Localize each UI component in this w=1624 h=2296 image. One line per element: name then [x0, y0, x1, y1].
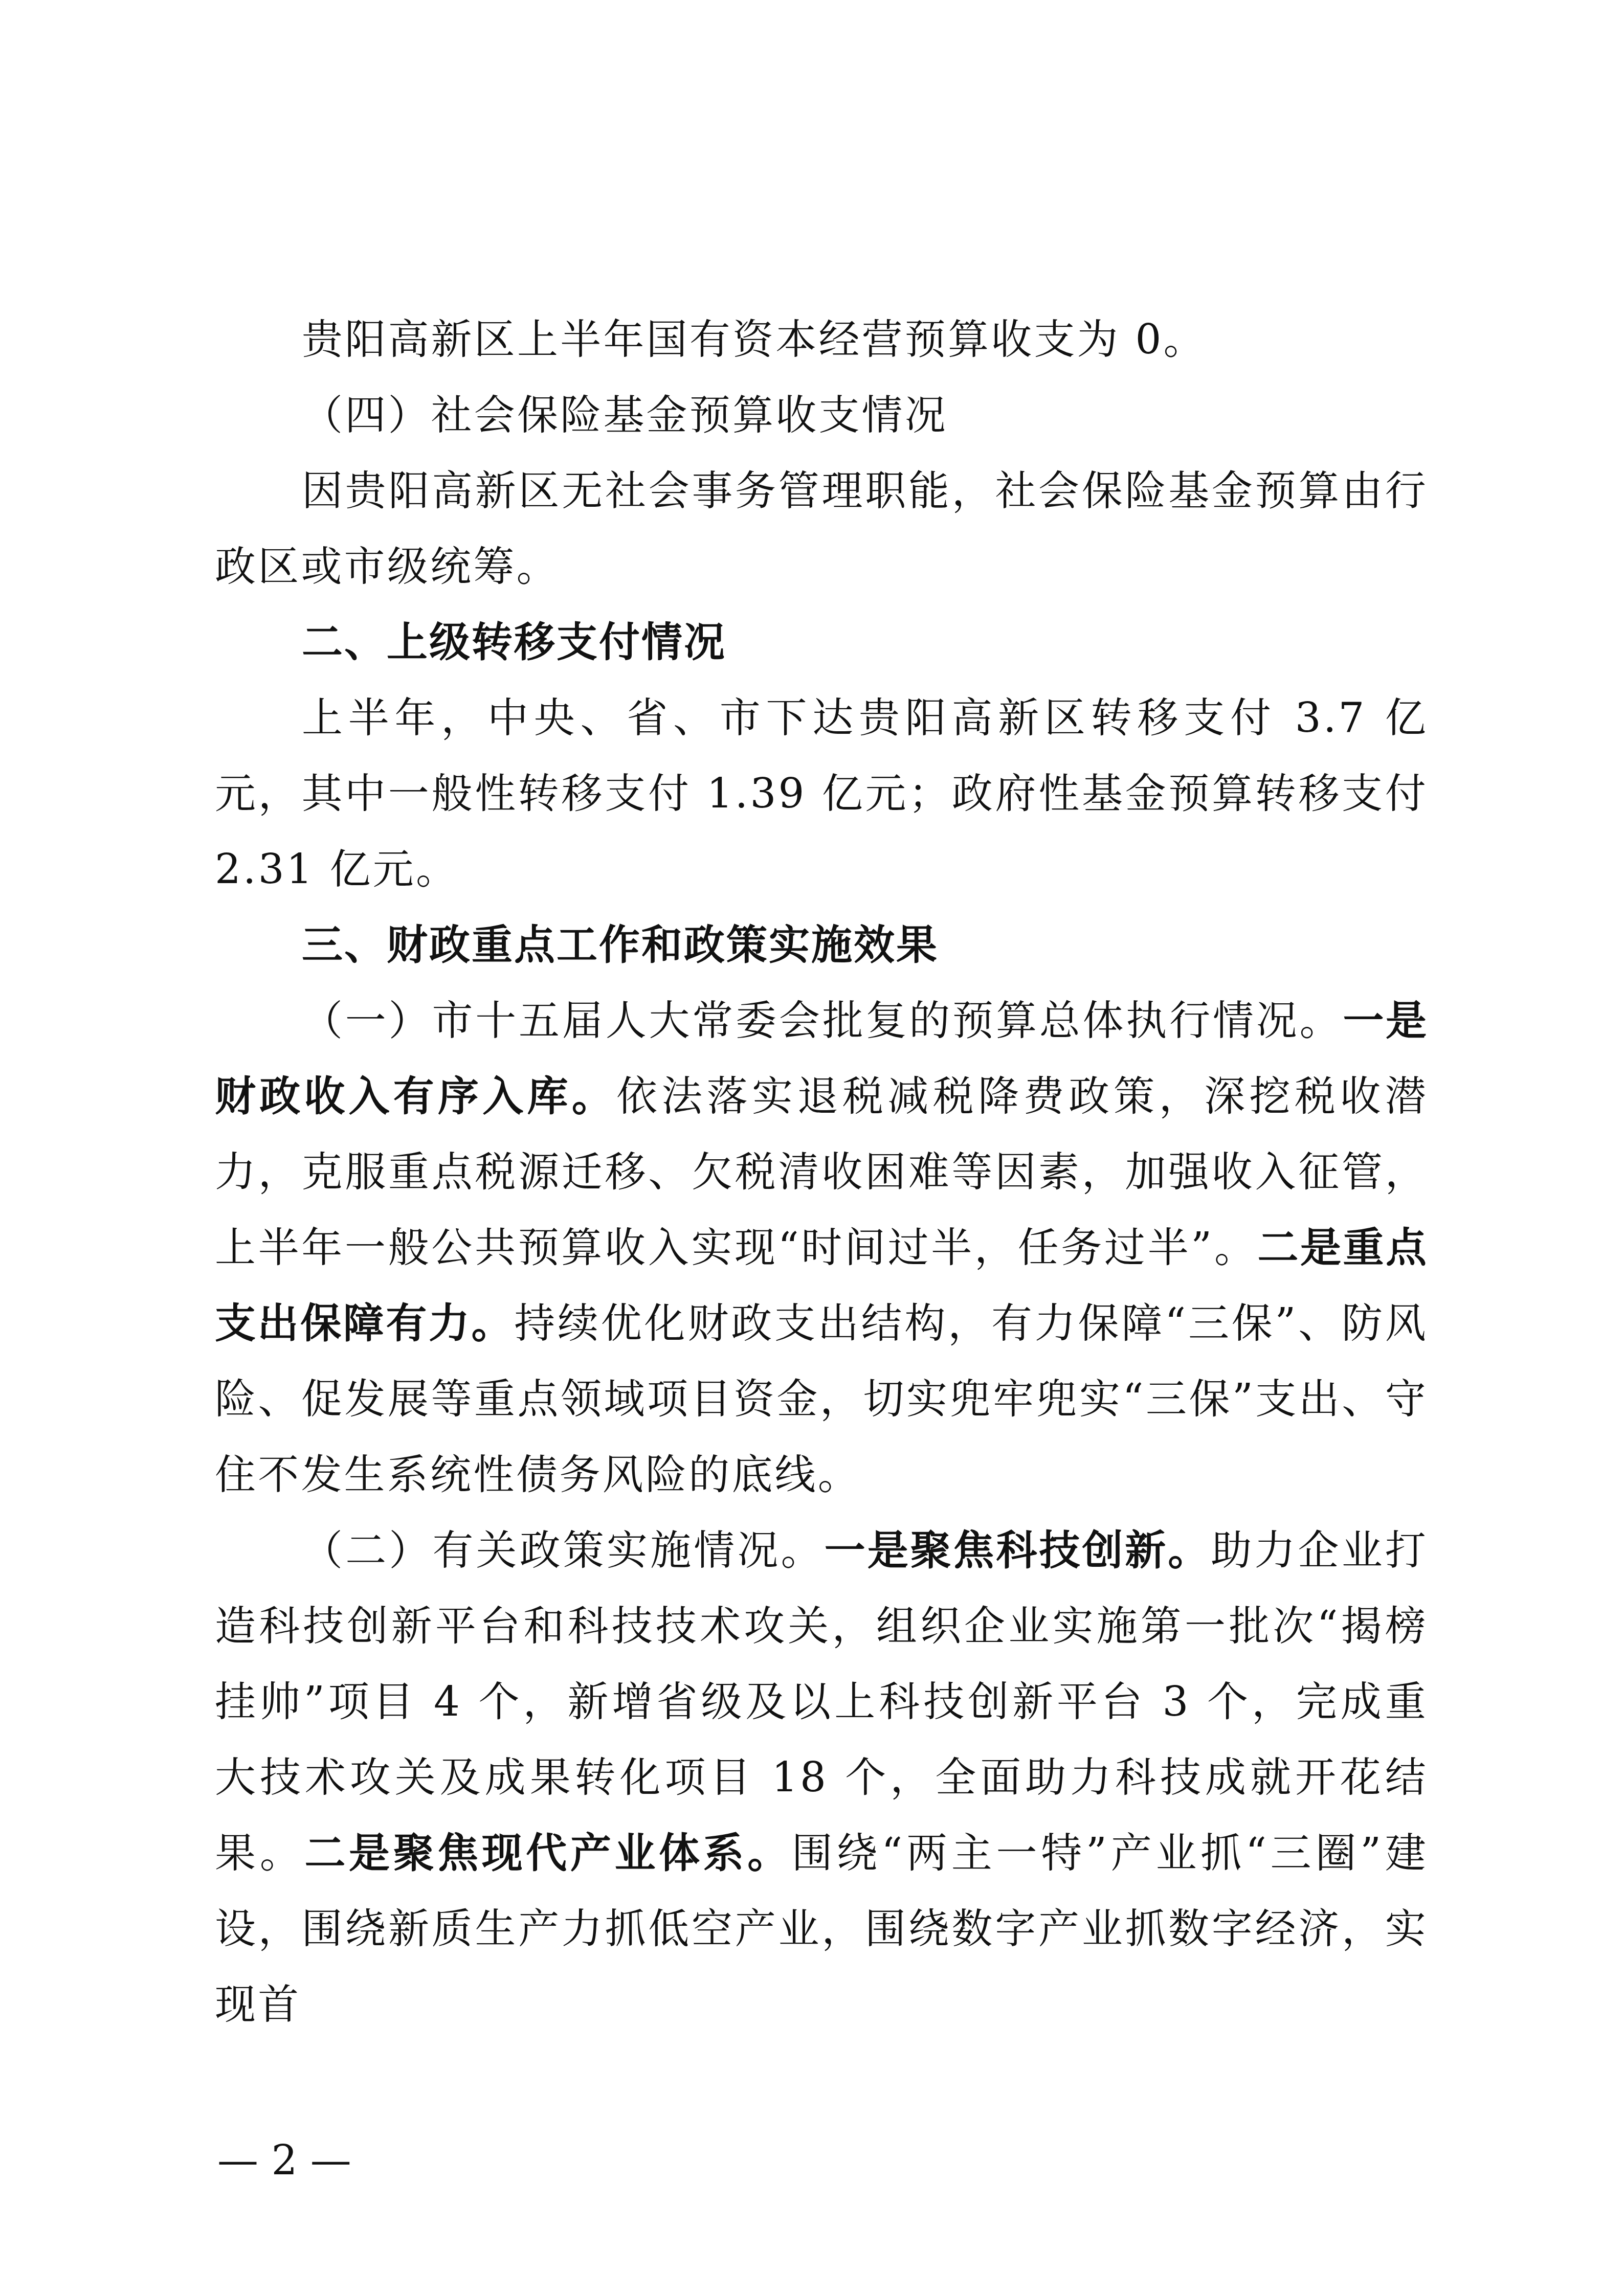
- paragraph-text: （二）有关政策实施情况。: [302, 1526, 825, 1574]
- document-body: 贵阳高新区上半年国有资本经营预算收支为 0。（四）社会保险基金预算收支情况因贵阳…: [215, 302, 1428, 2042]
- section-heading: 三、财政重点工作和政策实施效果: [215, 907, 1428, 983]
- body-paragraph: 上半年，中央、省、市下达贵阳高新区转移支付 3.7 亿元，其中一般性转移支付 1…: [215, 680, 1428, 907]
- paragraph-text: （一）市十五届人大常委会批复的预算总体执行情况。: [302, 997, 1343, 1044]
- document-page: 贵阳高新区上半年国有资本经营预算收支为 0。（四）社会保险基金预算收支情况因贵阳…: [0, 0, 1624, 2296]
- subsection-heading: （四）社会保险基金预算收支情况: [215, 377, 1428, 453]
- bold-lead-text: 二是聚焦现代产业体系。: [305, 1829, 792, 1877]
- paragraph-text: 因贵阳高新区无社会事务管理职能，社会保险基金预算由行政区或市级统筹。: [215, 467, 1428, 590]
- paragraph-text: 贵阳高新区上半年国有资本经营预算收支为 0。: [302, 316, 1207, 363]
- body-paragraph: 贵阳高新区上半年国有资本经营预算收支为 0。: [215, 302, 1428, 377]
- paragraph-text: 上半年，中央、省、市下达贵阳高新区转移支付 3.7 亿元，其中一般性转移支付 1…: [215, 694, 1428, 893]
- section-heading: 二、上级转移支付情况: [215, 604, 1428, 680]
- paragraph-text: 助力企业打造科技创新平台和科技技术攻关，组织企业实施第一批次“揭榜挂帅”项目 4…: [215, 1526, 1428, 1877]
- bold-lead-text: 一是聚焦科技创新。: [825, 1526, 1211, 1574]
- body-paragraph: （二）有关政策实施情况。一是聚焦科技创新。助力企业打造科技创新平台和科技技术攻关…: [215, 1513, 1428, 2042]
- body-paragraph: （一）市十五届人大常委会批复的预算总体执行情况。一是财政收入有序入库。依法落实退…: [215, 983, 1428, 1513]
- page-number: — 2 —: [217, 2136, 351, 2184]
- body-paragraph: 因贵阳高新区无社会事务管理职能，社会保险基金预算由行政区或市级统筹。: [215, 453, 1428, 604]
